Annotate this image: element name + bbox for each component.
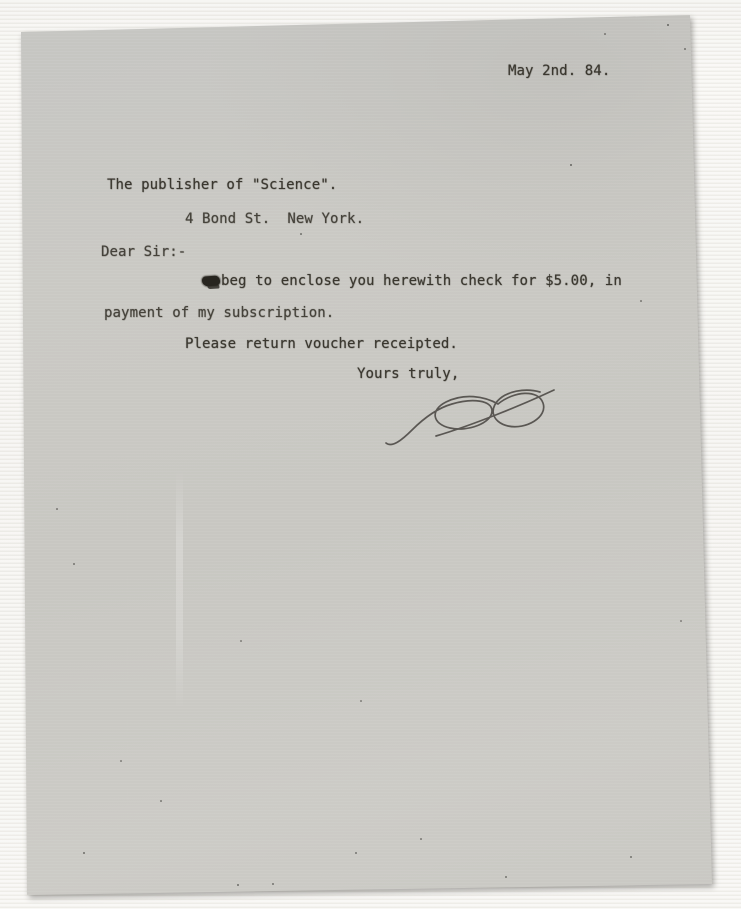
paper-speck (160, 800, 162, 802)
paper-speck (240, 640, 242, 642)
paper-speck (237, 884, 239, 886)
paper-speck (684, 48, 686, 50)
date-line: May 2nd. 84. (508, 63, 610, 79)
paper-speck (355, 852, 357, 854)
body-line-2: payment of my subscription. (104, 305, 334, 321)
paper-speck (272, 883, 274, 885)
paper-speck (83, 852, 85, 854)
paper-speck (360, 700, 362, 702)
paper-speck (667, 24, 669, 26)
paper-speck (604, 33, 606, 35)
signature-scribble (378, 376, 564, 454)
paper-speck (680, 620, 682, 622)
paper-speck (56, 508, 58, 510)
body-line-1: beg to enclose you herewith check for $5… (221, 273, 622, 289)
letter-paper: May 2nd. 84. The publisher of "Science".… (0, 0, 741, 909)
scan-streak (176, 470, 183, 710)
paper-speck (570, 164, 572, 166)
body-line-3: Please return voucher receipted. (185, 336, 458, 352)
paper-speck (300, 233, 302, 235)
salutation: Dear Sir:- (101, 244, 186, 260)
paper-speck (630, 856, 632, 858)
paper-speck (73, 563, 75, 565)
paper-speck (420, 838, 422, 840)
paper-shadow-wrap: May 2nd. 84. The publisher of "Science".… (0, 0, 741, 909)
address-line: 4 Bond St. New York. (185, 211, 364, 227)
ink-blot (202, 275, 221, 286)
scanned-letter-page: May 2nd. 84. The publisher of "Science".… (0, 0, 741, 909)
paper-speck (505, 876, 507, 878)
paper-speck (120, 760, 122, 762)
recipient-line: The publisher of "Science". (107, 177, 337, 193)
paper-speck (640, 300, 642, 302)
